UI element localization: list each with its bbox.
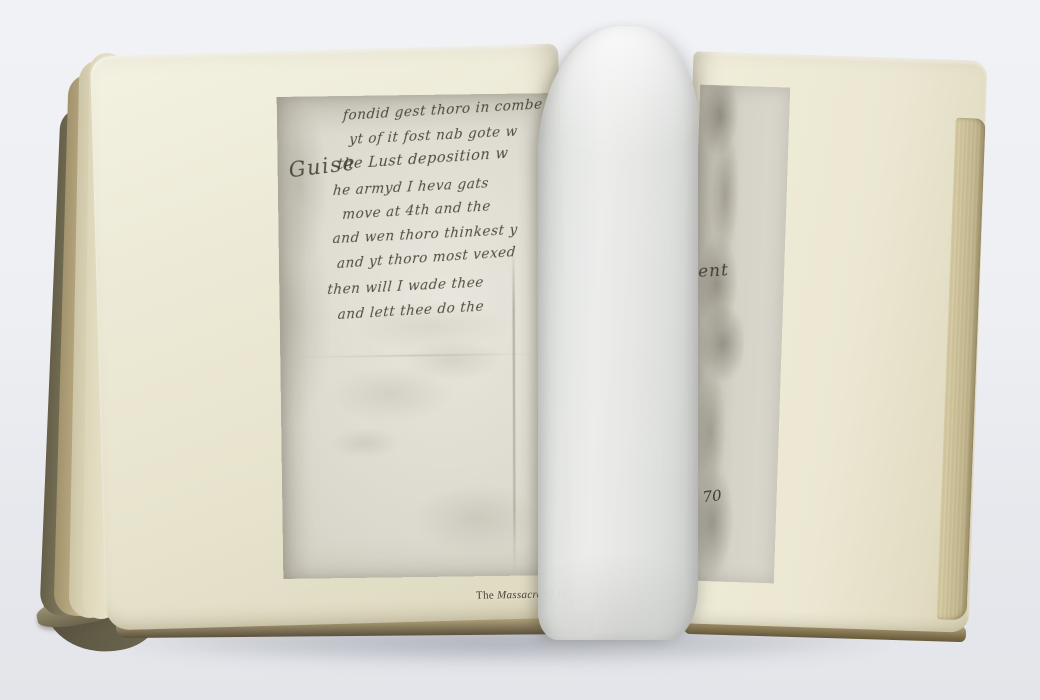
right-facsimile-plate: ent 70 — [684, 85, 790, 584]
handwriting-fragment: ent — [698, 260, 730, 282]
handwritten-folio-number: 70 — [702, 486, 723, 506]
tissue-sheen — [538, 26, 698, 640]
tissue-guard-leaf — [538, 26, 698, 640]
caption-roman-text: The — [476, 589, 497, 601]
left-facsimile-plate: Guise fondid gest thoro in combe yt of i… — [277, 93, 562, 579]
photo-of-open-antique-book: Guise fondid gest thoro in combe yt of i… — [0, 0, 1040, 700]
